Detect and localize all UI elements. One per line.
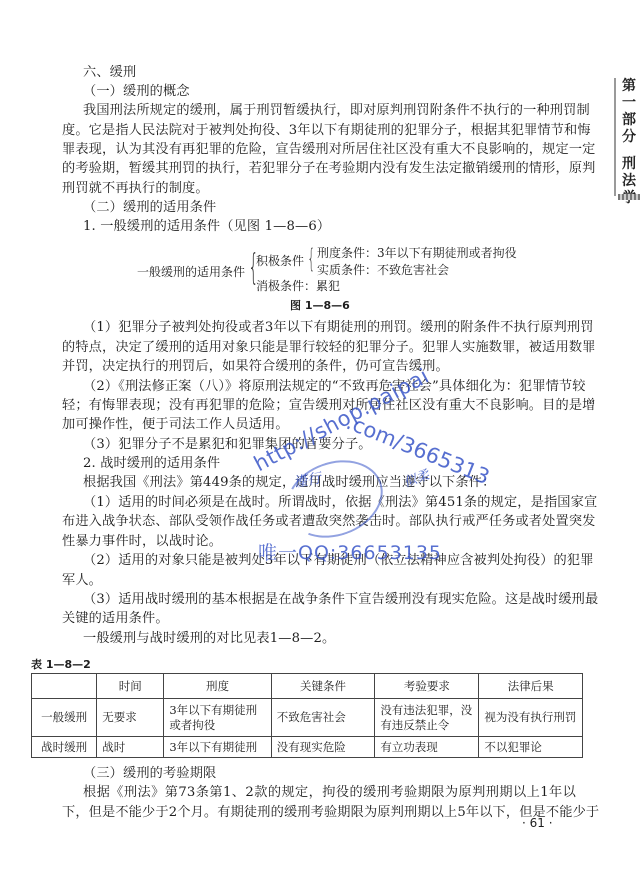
paragraph-line: 性暴力事件时，以战时论。 bbox=[62, 533, 222, 550]
paragraph-line: 的特点，决定了缓刑的适用对象只能是罪行较轻的犯罪分子。犯罪人实施数罪，被适用数罪 bbox=[62, 339, 576, 356]
table-cell: 视为没有执行刑罚 bbox=[479, 699, 583, 737]
concept-line: 我国刑法所规定的缓刑，属于刑罚暂缓执行，即对原判刑罚附条件不执行的一种刑罚制 bbox=[83, 102, 576, 119]
paragraph-line: （2）《刑法修正案（八）》将原刑法规定的“不致再危害社会”具体细化为：犯罪情节较 bbox=[83, 378, 576, 395]
table-cell: 3年以下有期徒刑或者拘役 bbox=[164, 699, 271, 737]
table-cell: 没有现实危险 bbox=[271, 737, 375, 758]
side-tab-char: 一 bbox=[620, 95, 638, 112]
tree-positive: 积极条件 bbox=[256, 253, 304, 269]
paragraph-line: 根据我国《刑法》第449条的规定，适用战时缓刑应当遵守以下条件： bbox=[83, 474, 495, 491]
book-page: 第 一 部 分 刑 法 学 六、缓刑 （一）缓刑的概念 我国刑法所规定的缓刑，属… bbox=[0, 0, 640, 876]
tree-leaf: 实质条件：不致危害社会 bbox=[317, 262, 449, 278]
table-header: 考验要求 bbox=[375, 674, 479, 699]
side-tab-char: 分 bbox=[620, 129, 638, 146]
paragraph-line: 军人。 bbox=[62, 572, 102, 589]
side-tab-char: 刑 bbox=[620, 156, 638, 173]
concept-line: 刑罚就不再执行的制度。 bbox=[62, 180, 209, 197]
table-cell: 不致危害社会 bbox=[271, 699, 375, 737]
paragraph-line: 下，但是不能少于2个月。有期徒刑的缓刑考验期限为原判刑期以上5年以下，但是不能少… bbox=[62, 804, 576, 821]
subsection-heading-1: （一）缓刑的概念 bbox=[83, 83, 190, 100]
table-caption: 表 1—8—2 bbox=[31, 656, 91, 672]
concept-line: 罪表现，认为其没有再犯罪的危险，宣告缓刑对所居住社区没有重大不良影响的，规定一定 bbox=[62, 141, 576, 158]
tree-leaf: 刑度条件：3年以下有期徒刑或者拘役 bbox=[317, 245, 517, 261]
table-cell: 战时 bbox=[97, 737, 164, 758]
subsection-heading-2: （二）缓刑的适用条件 bbox=[83, 199, 216, 216]
table-cell: 战时缓刑 bbox=[32, 737, 97, 758]
table-cell: 没有违法犯罪，没有违反禁止令 bbox=[375, 699, 479, 737]
watermark-qq: 唯一QQ:36653135 bbox=[258, 538, 442, 565]
side-tab-gap bbox=[620, 146, 638, 156]
comparison-table: 时间 刑度 关键条件 考验要求 法律后果 一般缓刑 无要求 3年以下有期徒刑或者… bbox=[31, 673, 583, 758]
side-tab-char: 部 bbox=[620, 112, 638, 129]
item-heading-wartime-probation: 2. 战时缓刑的适用条件 bbox=[83, 455, 220, 472]
brace-icon: { bbox=[308, 244, 315, 274]
table-row: 一般缓刑 无要求 3年以下有期徒刑或者拘役 不致危害社会 没有违法犯罪，没有违反… bbox=[32, 699, 583, 737]
table-header: 时间 bbox=[97, 674, 164, 699]
tree-root: 一般缓刑的适用条件 bbox=[137, 264, 245, 280]
paragraph-line: 并罚，决定执行的刑罚后，如果符合缓刑的条件，仍可宣告缓刑。 bbox=[62, 358, 449, 375]
table-cell: 有立功表现 bbox=[375, 737, 479, 758]
page-number: · 61 · bbox=[522, 816, 553, 830]
table-cell: 3年以下有期徒刑 bbox=[164, 737, 271, 758]
paragraph-line: 轻；有悔罪表现；没有再犯罪的危险；宣告缓刑对所居住社区没有重大不良影响。目的是增 bbox=[62, 397, 576, 414]
chapter-side-tab: 第 一 部 分 刑 法 学 bbox=[614, 78, 640, 196]
side-tab-bar bbox=[618, 194, 640, 200]
tree-negative: 消极条件：累犯 bbox=[256, 278, 340, 294]
paragraph-line: 根据《刑法》第73条第1、2款的规定，拘役的缓刑考验期限为原判刑期以上1年以 bbox=[83, 784, 576, 801]
side-tab-char: 法 bbox=[620, 173, 638, 190]
table-header bbox=[32, 674, 97, 699]
subsection-heading-3: （三）缓刑的考验期限 bbox=[83, 765, 216, 782]
paragraph-line: 一般缓刑与战时缓刑的对比见表1—8—2。 bbox=[83, 630, 335, 647]
section-heading: 六、缓刑 bbox=[83, 64, 136, 81]
concept-line: 度。它是指人民法院对于被判处拘役、3年以下有期徒刑的犯罪分子，根据其犯罪情节和悔 bbox=[62, 122, 576, 139]
paragraph-line: （3）适用战时缓刑的基本根据是在战争条件下宣告缓刑没有现实危险。这是战时缓刑最 bbox=[83, 591, 576, 608]
table-cell: 一般缓刑 bbox=[32, 699, 97, 737]
paragraph-line: 关键的适用条件。 bbox=[62, 610, 169, 627]
table-header: 关键条件 bbox=[271, 674, 375, 699]
figure-caption: 图 1—8—6 bbox=[290, 297, 350, 313]
table-cell: 无要求 bbox=[97, 699, 164, 737]
item-heading-general-probation: 1. 一般缓刑的适用条件（见图 1—8—6） bbox=[83, 218, 330, 235]
table-header: 法律后果 bbox=[479, 674, 583, 699]
paragraph-line: （1）犯罪分子被判处拘役或者3年以下有期徒刑的刑罚。缓刑的附条件不执行原判刑罚 bbox=[83, 319, 576, 336]
table-header-row: 时间 刑度 关键条件 考验要求 法律后果 bbox=[32, 674, 583, 699]
side-tab-label: 第 一 部 分 刑 法 学 bbox=[620, 78, 638, 207]
table-cell: 不以犯罪论 bbox=[479, 737, 583, 758]
side-tab-char: 第 bbox=[620, 78, 638, 95]
table-row: 战时缓刑 战时 3年以下有期徒刑 没有现实危险 有立功表现 不以犯罪论 bbox=[32, 737, 583, 758]
paragraph-line: 加可操作性，便于司法工作人员适用。 bbox=[62, 416, 289, 433]
table-header: 刑度 bbox=[164, 674, 271, 699]
concept-line: 的考验期，暂缓其刑罚的执行，若犯罪分子在考验期内没有发生法定撤销缓刑的情形，原判 bbox=[62, 160, 576, 177]
watermark-seal-icon bbox=[275, 447, 393, 550]
